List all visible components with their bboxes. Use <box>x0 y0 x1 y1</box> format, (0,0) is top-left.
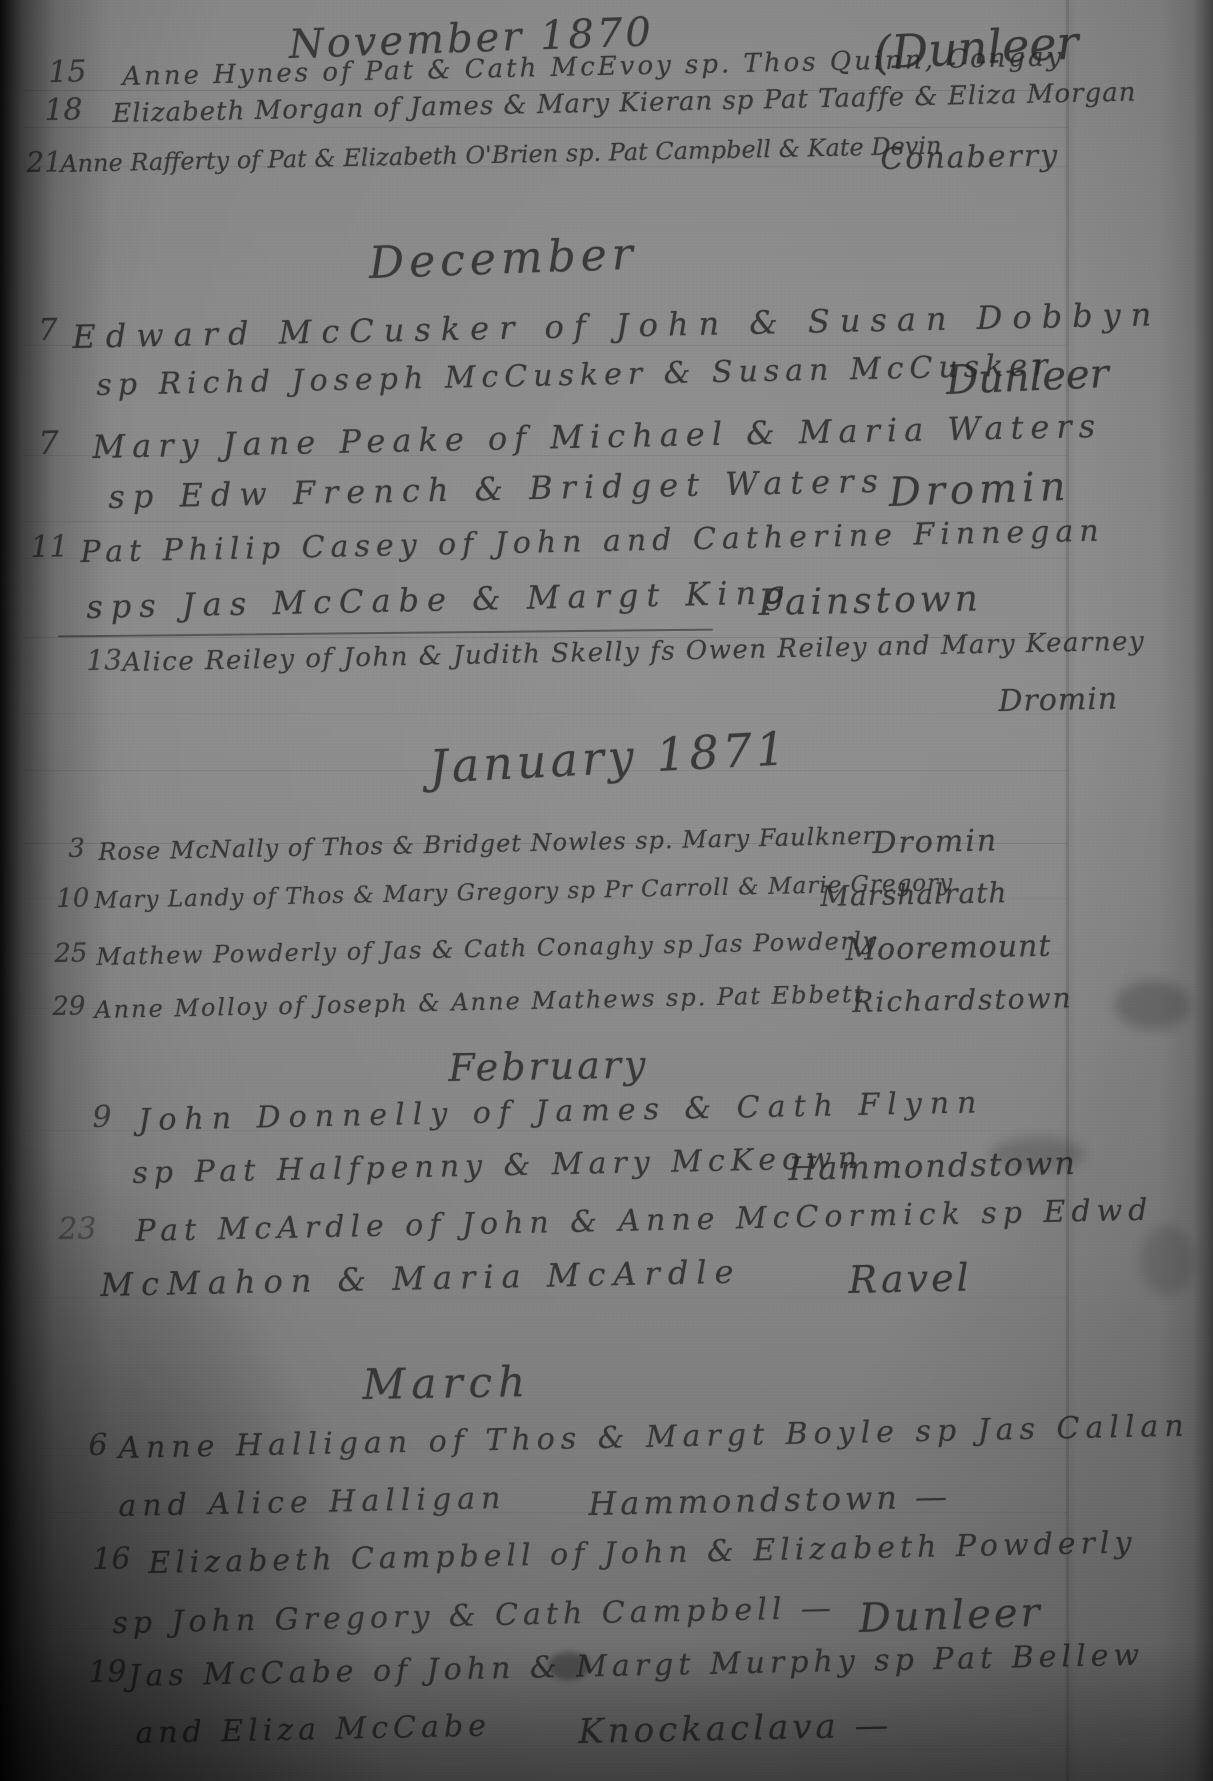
entry-text: Jas McCabe of John & Margt Murphy sp Pat… <box>128 1638 1144 1694</box>
entry-text: Anne Rafferty of Pat & Elizabeth O'Brien… <box>60 132 942 178</box>
entry-text: and Alice Halligan <box>118 1481 507 1524</box>
entry-day: 7 <box>38 313 58 348</box>
ink-smudge <box>1115 980 1190 1030</box>
entry-text: Elizabeth Campbell of John & Elizabeth P… <box>148 1525 1137 1581</box>
ink-smudge <box>1140 1225 1195 1295</box>
entry-townland: Knockaclava — <box>578 1705 893 1752</box>
entry-text: sp Edw French & Bridget Waters <box>108 462 886 516</box>
entry-townland: Dromin <box>998 681 1119 719</box>
entry-text: sp John Gregory & Cath Campbell — <box>112 1591 836 1641</box>
entry-text: Rose McNally of Thos & Bridget Nowles sp… <box>98 822 875 866</box>
entry-day: 21 <box>26 145 62 179</box>
entry-text: Mathew Powderly of Jas & Cath Conaghy sp… <box>96 927 878 971</box>
entry-day: 10 <box>56 883 90 914</box>
entry-text: sp Richd Joseph McCusker & Susan McCuske… <box>96 348 1054 403</box>
entry-townland: Dunleer <box>945 351 1110 404</box>
entry-text: Pat Philip Casey of John and Catherine F… <box>80 514 1105 570</box>
month-header: December <box>368 229 639 289</box>
month-header: January 1871 <box>428 721 791 794</box>
entry-day: 13 <box>86 643 122 677</box>
entry-townland: Dromin <box>888 464 1071 516</box>
entry-townland: Dunleer <box>858 1590 1043 1642</box>
entry-townland: Richardstown <box>852 981 1073 1019</box>
ruled-line <box>22 713 1067 714</box>
entry-day: 16 <box>92 1541 131 1577</box>
entry-day: 19 <box>88 1654 127 1690</box>
entry-text: Anne Molloy of Joseph & Anne Mathews sp.… <box>94 980 866 1024</box>
month-header: March <box>362 1357 532 1409</box>
entry-townland: Ravel <box>848 1255 972 1302</box>
entry-text: and Eliza McCabe <box>135 1709 491 1751</box>
entry-day: 15 <box>48 54 87 90</box>
entry-townland: Painstown <box>758 578 982 624</box>
entry-text: sp Pat Halfpenny & Mary McKeown <box>132 1141 863 1191</box>
month-header: February <box>448 1043 649 1090</box>
ink-smudge <box>990 1138 1085 1170</box>
entry-townland: Conaberry <box>880 138 1060 177</box>
entry-townland: Mooremount <box>845 929 1052 968</box>
entry-text: Pat McArdle of John & Anne McCormick sp … <box>135 1193 1154 1249</box>
entry-day: 6 <box>88 1428 108 1463</box>
entry-text: Anne Halligan of Thos & Margt Boyle sp J… <box>118 1409 1190 1466</box>
entry-text: sps Jas McCabe & Margt King <box>86 573 793 626</box>
entry-day: 3 <box>68 834 85 864</box>
entry-day: 7 <box>38 424 59 462</box>
entry-day: 23 <box>58 1211 97 1247</box>
entry-day: 9 <box>92 1100 112 1135</box>
ink-blot <box>548 1652 590 1680</box>
entry-day: 18 <box>44 92 83 128</box>
register-page-scan: November 1870 15 Anne Hynes of Pat & Cat… <box>0 0 1213 1781</box>
entry-text: Edward McCusker of John & Susan Dobbyn <box>72 295 1162 356</box>
entry-day: 25 <box>54 938 88 969</box>
entry-text: Mary Jane Peake of Michael & Maria Water… <box>92 407 1102 466</box>
entry-day: 11 <box>30 529 69 565</box>
entry-day: 29 <box>52 991 86 1022</box>
page-fold-crease <box>1066 0 1069 1781</box>
entry-townland: Hammondstown — <box>588 1477 951 1523</box>
entry-townland: (Dunleer <box>872 15 1080 80</box>
entry-townland: Marshalrath <box>820 876 1008 913</box>
entry-townland: Dromin <box>872 823 999 861</box>
